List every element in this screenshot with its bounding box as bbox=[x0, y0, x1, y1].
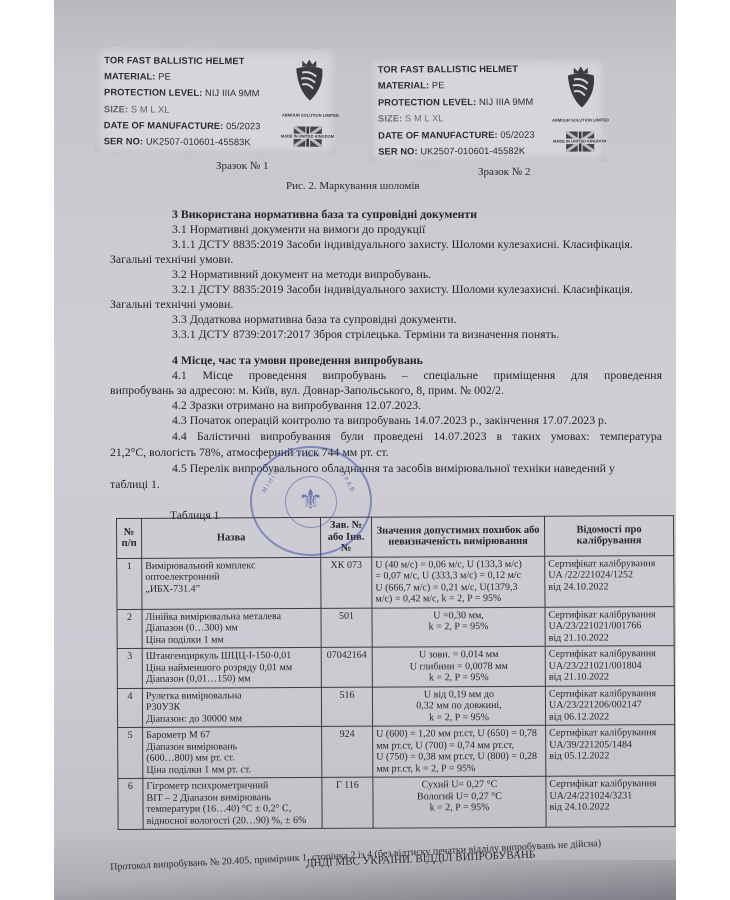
cell-serial: 501 bbox=[321, 608, 372, 648]
cell-calibration-line: від 06.12.2022 bbox=[549, 711, 671, 723]
para-4-4-cont: 21,2°C, вологість 78%, атмосферний тиск … bbox=[110, 444, 662, 460]
cell-serial: 07042164 bbox=[321, 647, 372, 687]
cell-name-line: ВІТ – 2 Діапазон вимірювань bbox=[146, 791, 318, 803]
cell-name-line: температури (16…40) °C ± 0,2° C, bbox=[146, 803, 318, 815]
lion-shield-logo-icon bbox=[564, 65, 598, 109]
cell-uncertainty-line: U від 0,19 мм до bbox=[376, 688, 542, 700]
table-row: 6Гігрометр психрометричнийВІТ – 2 Діапаз… bbox=[118, 776, 675, 830]
cell-uncertainty-line: Вологий U= 0,27 °C bbox=[376, 790, 542, 802]
label-protection: PROTECTION LEVEL: NIJ IIIA 9MM bbox=[104, 87, 259, 98]
stamp-text: П Р А В bbox=[338, 470, 355, 493]
label-title: TOR FAST BALLISTIC HELMET bbox=[104, 55, 244, 66]
cell-calibration-line: Сертифікат калібрування bbox=[549, 778, 671, 790]
table-row: 3Штангенциркуль ШЦЦ-І-150-0,01Ціна найме… bbox=[117, 646, 674, 688]
section-3-heading: 3 Використана нормативна база та супрові… bbox=[172, 206, 676, 222]
cell-num: 4 bbox=[117, 688, 142, 728]
para-4-3: 4.3 Початок операцій контролю та випробу… bbox=[172, 412, 676, 428]
cell-uncertainty-line: U (666,7 м/с) = 0,21 м/с, U(1379,3 bbox=[375, 581, 541, 593]
cell-name-line: оптоелектронний bbox=[145, 571, 317, 583]
cell-num: 6 bbox=[118, 778, 143, 829]
para-4-1: 4.1 Місце проведення випробувань – спеці… bbox=[172, 367, 662, 383]
label-size: SIZE: S M L XL bbox=[104, 104, 170, 114]
cell-num: 1 bbox=[117, 558, 142, 609]
cell-name-line: Ціна поділки 1 мм рт. ст. bbox=[146, 763, 318, 775]
cell-calibration-line: UA/23/221021/001766 bbox=[549, 620, 671, 632]
para-4-2: 4.2 Зразки отримано на випробування 12.0… bbox=[172, 397, 676, 413]
cell-name-line: Ціна поділки 1 мм bbox=[146, 633, 318, 645]
cell-uncertainty: U (40 м/с) = 0,06 м/с, U (133,3 м/с)= 0,… bbox=[372, 556, 545, 608]
label-serial: SER NO: UK2507-010601-45583K bbox=[104, 136, 251, 147]
cell-uncertainty: Сухий U= 0,27 °CВологий U= 0,27 °Ck = 2,… bbox=[373, 776, 546, 828]
cell-name: Лінійка вимірювальна металеваДіапазон (0… bbox=[142, 608, 321, 648]
cell-num: 2 bbox=[117, 609, 142, 649]
cell-calibration-line: Сертифікат калібрування bbox=[549, 688, 671, 700]
stamp-text: М І Н І С bbox=[261, 469, 280, 494]
cell-name: Штангенциркуль ШЦЦ-І-150-0,01Ціна наймен… bbox=[142, 647, 321, 687]
cell-name-line: Діапазон вимірювань bbox=[146, 740, 318, 752]
cell-uncertainty-line: = 0,07 м/с, U (333,3 м/с) = 0,12 м/с bbox=[375, 570, 541, 582]
cell-serial: 516 bbox=[321, 687, 372, 727]
cell-uncertainty-line: U глибини = 0,0078 мм bbox=[376, 660, 542, 672]
cell-uncertainty-line: U (40 м/с) = 0,06 м/с, U (133,3 м/с) bbox=[375, 558, 541, 570]
cell-calibration-line: Сертифікат калібрування bbox=[548, 558, 670, 570]
header-num: № п/п bbox=[117, 518, 142, 558]
table-row: 4Рулетка вимірювальнаР30У3КДіапазон: до … bbox=[117, 685, 674, 727]
label-date: DATE OF MANUFACTURE: 05/2023 bbox=[104, 120, 261, 131]
para-4-5-cont: таблиці 1. bbox=[110, 476, 662, 492]
cell-calibration-line: від 24.10.2022 bbox=[548, 581, 670, 593]
cell-name: Вимірювальний комплексоптоелектронний„ИБ… bbox=[142, 557, 321, 609]
cell-calibration-line: UA/39/221205/1484 bbox=[549, 739, 671, 751]
cell-uncertainty-line: U зовн. = 0,014 мм bbox=[376, 649, 542, 661]
cell-calibration: Сертифікат калібруванняUA /22/221024/125… bbox=[545, 555, 674, 607]
brand-name: ARMOUR SOLUTION LIMITED bbox=[552, 117, 609, 122]
cell-name-line: (600…800) мм рт. ст. bbox=[146, 752, 318, 764]
label-size: SIZE: S M L XL bbox=[378, 113, 444, 123]
table-header-row: № п/п Назва Зав. № або Інв. № Значення д… bbox=[117, 516, 674, 558]
label-date: DATE OF MANUFACTURE: 05/2023 bbox=[378, 130, 535, 141]
cell-uncertainty-line: U (750) = 0,38 мм рт.ст, U (800) = 0,28 bbox=[376, 751, 542, 763]
table-row: 5Барометр М 67Діапазон вимірювань(600…80… bbox=[118, 725, 675, 779]
cell-uncertainty-line: U =0,30 мм, bbox=[375, 609, 541, 621]
cell-name: Барометр М 67Діапазон вимірювань(600…800… bbox=[143, 726, 322, 778]
cell-name-line: Ціна найменшого розряду 0,01 мм bbox=[146, 661, 318, 673]
para-3-3: 3.3 Додаткова нормативна база та супрові… bbox=[172, 311, 676, 327]
cell-name-line: відносної вологості (20…90) %, ± 6% bbox=[147, 814, 319, 826]
cell-name-line: Рулетка вимірювальна bbox=[146, 689, 318, 701]
cell-serial: 924 bbox=[322, 726, 373, 777]
header-calibration: Відомості про калібрування bbox=[544, 516, 673, 556]
label-title: TOR FAST BALLISTIC HELMET bbox=[378, 64, 518, 75]
cell-name-line: Вимірювальний комплекс bbox=[145, 559, 317, 571]
cell-name-line: „ИБХ-731.4” bbox=[145, 582, 317, 594]
cell-serial: ХК 073 bbox=[321, 557, 372, 608]
stamp-text: Т Р І Ш Н bbox=[292, 452, 320, 459]
cell-num: 5 bbox=[118, 727, 143, 778]
cell-name-line: Р30У3К bbox=[146, 701, 318, 713]
cell-calibration-line: від 05.12.2022 bbox=[549, 750, 671, 762]
cell-calibration-line: від 21.10.2022 bbox=[549, 632, 671, 644]
cell-uncertainty-line: мм рт.ст, k = 2, P = 95% bbox=[376, 762, 542, 774]
cell-calibration-line: Сертифікат калібрування bbox=[548, 609, 670, 621]
cell-name-line: Барометр М 67 bbox=[146, 729, 318, 741]
cell-uncertainty-line: м/с) = 0,42 м/с, k = 2, P = 95% bbox=[375, 593, 541, 605]
cell-name-line: Діапазон (0,01…150) мм bbox=[146, 673, 318, 685]
cell-calibration-line: Сертифікат калібрування bbox=[549, 727, 671, 739]
label-2-caption: Зразок № 2 bbox=[478, 166, 531, 178]
cell-name-line: Діапазон: до 30000 мм bbox=[146, 712, 318, 724]
cell-uncertainty-line: мм рт.ст, U (700) = 0,74 мм рт.ст, bbox=[376, 739, 542, 751]
helmet-label-1: TOR FAST BALLISTIC HELMET MATERIAL: PE P… bbox=[96, 47, 337, 155]
label-material: MATERIAL: PE bbox=[104, 71, 171, 81]
cell-uncertainty-line: k = 2, P = 95% bbox=[376, 802, 542, 814]
cell-calibration-line: від 21.10.2022 bbox=[549, 671, 671, 683]
cell-calibration-line: Сертифікат калібрування bbox=[549, 648, 671, 660]
para-4-5: 4.5 Перелік випробувального обладнання т… bbox=[172, 460, 676, 476]
cell-calibration: Сертифікат калібруванняUA/23/221206/0021… bbox=[545, 685, 674, 725]
official-stamp: ⚜ Т Р І Ш Н М І Н І С П Р А В bbox=[250, 446, 372, 556]
para-4-4: 4.4 Балістичні випробування були проведе… bbox=[172, 428, 662, 444]
para-4-1-cont: випробувань за адресою: м. Київ, вул. До… bbox=[110, 382, 662, 398]
table-row: 1Вимірювальний комплексоптоелектронний„И… bbox=[117, 555, 674, 609]
cell-calibration-line: від 24.10.2022 bbox=[549, 801, 671, 813]
para-3-2-1-cont: Загальні технічні умови. bbox=[110, 296, 662, 312]
cell-calibration: Сертифікат калібруванняUA/23/221021/0018… bbox=[545, 646, 674, 686]
para-3-1: 3.1 Нормативні документи на вимоги до пр… bbox=[172, 221, 676, 237]
brand-name: ARMOUR SOLUTION LIMITED bbox=[282, 112, 339, 117]
para-3-1-1: 3.1.1 ДСТУ 8835:2019 Засоби індивідуальн… bbox=[172, 236, 676, 252]
cell-calibration-line: UA/23/221021/001804 bbox=[549, 660, 671, 672]
para-3-1-1-cont: Загальні технічні умови. bbox=[110, 251, 662, 267]
label-1-caption: Зразок № 1 bbox=[216, 160, 269, 172]
cell-calibration-line: UA /22/221024/1252 bbox=[548, 569, 670, 581]
cell-uncertainty: U від 0,19 мм до0,32 мм по довжині,k = 2… bbox=[372, 686, 545, 726]
figure-caption: Рис. 2. Маркування шоломів bbox=[286, 180, 420, 192]
cell-uncertainty-line: Сухий U= 0,27 °C bbox=[376, 779, 542, 791]
cell-name-line: Гігрометр психрометричний bbox=[146, 780, 318, 792]
trident-emblem-icon: ⚜ bbox=[298, 485, 323, 515]
made-in-text: MADE IN UNITED KINGDOM bbox=[552, 138, 607, 143]
cell-name: Рулетка вимірювальнаР30У3КДіапазон: до 3… bbox=[142, 687, 321, 727]
cell-name-line: Штангенциркуль ШЦЦ-І-150-0,01 bbox=[146, 650, 318, 662]
document-page: TOR FAST BALLISTIC HELMET MATERIAL: PE P… bbox=[54, 0, 676, 900]
cell-name: Гігрометр психрометричнийВІТ – 2 Діапазо… bbox=[143, 777, 322, 829]
lion-shield-logo-icon bbox=[292, 59, 326, 103]
cell-uncertainty-line: k = 2, P = 95% bbox=[376, 621, 542, 633]
header-uncertainty: Значення допустимих похибок або невизнач… bbox=[371, 516, 544, 556]
cell-name-line: Діапазон (0…300) мм bbox=[146, 622, 318, 634]
label-serial: SER NO: UK2507-010601-45582K bbox=[378, 146, 525, 157]
label-material: MATERIAL: PE bbox=[378, 80, 445, 90]
table-row: 2Лінійка вимірювальна металеваДіапазон (… bbox=[117, 606, 674, 648]
label-protection: PROTECTION LEVEL: NIJ IIIA 9MM bbox=[378, 97, 533, 108]
para-3-3-1: 3.3.1 ДСТУ 8739:2017:2017 Зброя стрілець… bbox=[172, 326, 676, 342]
section-4-heading: 4 Місце, час та умови проведення випробу… bbox=[172, 352, 676, 368]
cell-uncertainty: U =0,30 мм,k = 2, P = 95% bbox=[372, 607, 545, 647]
cell-calibration-line: UA/23/221206/002147 bbox=[549, 699, 671, 711]
cell-uncertainty: U (600) = 1,20 мм рт.ст, U (650) = 0,78м… bbox=[373, 725, 546, 777]
cell-calibration: Сертифікат калібруванняUA/24/221024/3231… bbox=[546, 776, 675, 828]
cell-uncertainty-line: U (600) = 1,20 мм рт.ст, U (650) = 0,78 bbox=[376, 728, 542, 740]
para-3-2: 3.2 Нормативний документ на методи випро… bbox=[172, 266, 676, 282]
cell-calibration: Сертифікат калібруванняUA/39/221205/1484… bbox=[546, 725, 675, 777]
cell-calibration: Сертифікат калібруванняUA/23/221021/0017… bbox=[545, 606, 674, 646]
cell-serial: Г 116 bbox=[322, 777, 373, 828]
cell-uncertainty-line: k = 2, P = 95% bbox=[376, 672, 542, 684]
equipment-table: № п/п Назва Зав. № або Інв. № Значення д… bbox=[116, 515, 676, 830]
stamp-inner-ring: ⚜ bbox=[285, 476, 337, 528]
cell-uncertainty: U зовн. = 0,014 ммU глибини = 0,0078 ммk… bbox=[372, 646, 545, 686]
cell-num: 3 bbox=[117, 648, 142, 688]
helmet-label-2: TOR FAST BALLISTIC HELMET MATERIAL: PE P… bbox=[370, 57, 607, 162]
para-3-2-1: 3.2.1 ДСТУ 8835:2019 Засоби індивідуальн… bbox=[172, 281, 676, 297]
cell-uncertainty-line: 0,32 мм по довжині, bbox=[376, 700, 542, 712]
made-in-text: MADE IN UNITED KINGDOM bbox=[280, 133, 335, 138]
cell-name-line: Лінійка вимірювальна металева bbox=[145, 610, 317, 622]
cell-uncertainty-line: k = 2, P = 95% bbox=[376, 711, 542, 723]
cell-calibration-line: UA/24/221024/3231 bbox=[549, 790, 671, 802]
